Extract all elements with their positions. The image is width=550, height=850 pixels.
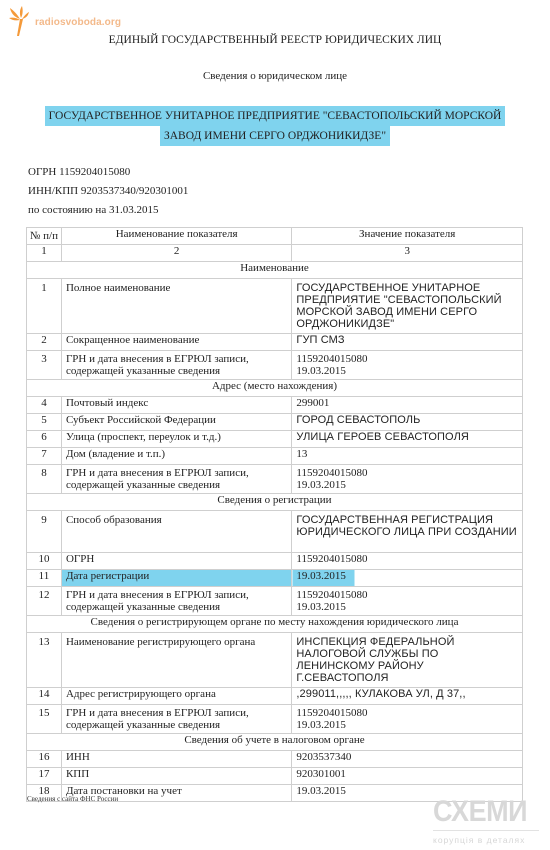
document-subtitle: Сведения о юридическом лице xyxy=(0,70,550,82)
row-value: 115920401508019.03.2015 xyxy=(292,705,523,734)
row-value: 115920401508019.03.2015 xyxy=(292,465,523,494)
row-number: 5 xyxy=(27,414,62,431)
row-value: 299001 xyxy=(292,397,523,414)
row-value: 1159204015080 xyxy=(292,553,523,570)
column-number: 3 xyxy=(292,245,523,262)
row-number: 2 xyxy=(27,334,62,351)
row-label: ГРН и дата внесения в ЕГРЮЛ записи, соде… xyxy=(61,351,291,380)
registry-meta: ОГРН 1159204015080 ИНН/КПП 9203537340/92… xyxy=(28,163,188,220)
table-row: 4 Почтовый индекс 299001 xyxy=(27,397,523,414)
section-heading: Адрес (место нахождения) xyxy=(27,380,523,397)
entity-name-heading: ГОСУДАРСТВЕННОЕ УНИТАРНОЕ ПРЕДПРИЯТИЕ "С… xyxy=(0,106,550,146)
grn-number: 1159204015080 xyxy=(296,589,518,601)
row-number: 4 xyxy=(27,397,62,414)
row-value: 13 xyxy=(292,448,523,465)
brand-title: СХЕМИ xyxy=(433,797,528,827)
skhemy-brand-logo: СХЕМИ корупція в деталях xyxy=(433,797,539,845)
column-number-row: 1 2 3 xyxy=(27,245,523,262)
entity-name-line-2: ЗАВОД ИМЕНИ СЕРГО ОРДЖОНИКИДЗЕ" xyxy=(160,126,390,146)
grn-date: 19.03.2015 xyxy=(296,719,518,731)
row-value: ИНСПЕКЦИЯ ФЕДЕРАЛЬНОЙ НАЛОГОВОЙ СЛУЖБЫ П… xyxy=(292,633,523,688)
inn-kpp-line: ИНН/КПП 9203537340/920301001 xyxy=(28,182,188,201)
logo-text: radiosvoboda.org xyxy=(35,17,121,28)
table-row: 2 Сокращенное наименование ГУП СМЗ xyxy=(27,334,523,351)
grn-date: 19.03.2015 xyxy=(296,601,518,613)
row-label: Наименование регистрирующего органа xyxy=(61,633,291,688)
row-number: 6 xyxy=(27,431,62,448)
grn-number: 1159204015080 xyxy=(296,353,518,365)
row-label: Почтовый индекс xyxy=(61,397,291,414)
brand-divider xyxy=(433,830,539,831)
row-value: ,299011,,,,, КУЛАКОВА УЛ, Д 37,, xyxy=(292,688,523,705)
header-number: № п/п xyxy=(27,228,62,245)
table-row: 3 ГРН и дата внесения в ЕГРЮЛ записи, со… xyxy=(27,351,523,380)
table-row-highlighted: 11 Дата регистрации 19.03.2015 xyxy=(27,570,523,587)
table-header-row: № п/п Наименование показателя Значение п… xyxy=(27,228,523,245)
row-number: 7 xyxy=(27,448,62,465)
header-indicator-value: Значение показателя xyxy=(292,228,523,245)
row-value: 115920401508019.03.2015 xyxy=(292,351,523,380)
row-value: 19.03.2015 xyxy=(292,570,523,587)
grn-number: 1159204015080 xyxy=(296,467,518,479)
row-label: Полное наименование xyxy=(61,279,291,334)
table-row: 13 Наименование регистрирующего органа И… xyxy=(27,633,523,688)
table-row: 16 ИНН 9203537340 xyxy=(27,751,523,768)
row-value: ГОРОД СЕВАСТОПОЛЬ xyxy=(292,414,523,431)
row-number: 12 xyxy=(27,587,62,616)
row-label: Дом (владение и т.п.) xyxy=(61,448,291,465)
grn-date: 19.03.2015 xyxy=(296,365,518,377)
section-row-authority: Сведения о регистрирующем органе по мест… xyxy=(27,616,523,633)
row-label: Сокращенное наименование xyxy=(61,334,291,351)
row-number: 3 xyxy=(27,351,62,380)
grn-number: 1159204015080 xyxy=(296,707,518,719)
row-value: ГОСУДАРСТВЕННАЯ РЕГИСТРАЦИЯ ЮРИДИЧЕСКОГО… xyxy=(292,511,523,553)
row-value: ГУП СМЗ xyxy=(292,334,523,351)
source-note: Сведения с сайта ФНС России xyxy=(27,795,118,803)
row-number: 9 xyxy=(27,511,62,553)
header-indicator-name: Наименование показателя xyxy=(61,228,291,245)
row-label: КПП xyxy=(61,768,291,785)
entity-name-line-1: ГОСУДАРСТВЕННОЕ УНИТАРНОЕ ПРЕДПРИЯТИЕ "С… xyxy=(45,106,506,126)
row-label: Способ образования xyxy=(61,511,291,553)
section-row-tax: Сведения об учете в налоговом органе xyxy=(27,734,523,751)
row-label: Дата регистрации xyxy=(61,570,291,587)
row-number: 11 xyxy=(27,570,62,587)
row-number: 17 xyxy=(27,768,62,785)
row-number: 16 xyxy=(27,751,62,768)
row-label: ГРН и дата внесения в ЕГРЮЛ записи, соде… xyxy=(61,587,291,616)
document-title: ЕДИНЫЙ ГОСУДАРСТВЕННЫЙ РЕЕСТР ЮРИДИЧЕСКИ… xyxy=(0,34,550,46)
table-row: 15 ГРН и дата внесения в ЕГРЮЛ записи, с… xyxy=(27,705,523,734)
row-number: 10 xyxy=(27,553,62,570)
section-row-registration: Сведения о регистрации xyxy=(27,494,523,511)
section-row-naming: Наименование xyxy=(27,262,523,279)
row-value: 920301001 xyxy=(292,768,523,785)
torch-icon xyxy=(8,5,30,37)
row-label: ОГРН xyxy=(61,553,291,570)
row-value: УЛИЦА ГЕРОЕВ СЕВАСТОПОЛЯ xyxy=(292,431,523,448)
row-label: Субъект Российской Федерации xyxy=(61,414,291,431)
registry-table: № п/п Наименование показателя Значение п… xyxy=(26,227,523,802)
table-row: 17 КПП 920301001 xyxy=(27,768,523,785)
row-value: 115920401508019.03.2015 xyxy=(292,587,523,616)
section-heading: Сведения об учете в налоговом органе xyxy=(27,734,523,751)
grn-date: 19.03.2015 xyxy=(296,479,518,491)
as-of-date-line: по состоянию на 31.03.2015 xyxy=(28,201,188,220)
table-row: 8 ГРН и дата внесения в ЕГРЮЛ записи, со… xyxy=(27,465,523,494)
row-number: 15 xyxy=(27,705,62,734)
table-row: 1 Полное наименование ГОСУДАРСТВЕННОЕ УН… xyxy=(27,279,523,334)
row-label: Улица (проспект, переулок и т.д.) xyxy=(61,431,291,448)
table-row: 5 Субъект Российской Федерации ГОРОД СЕВ… xyxy=(27,414,523,431)
row-label: ИНН xyxy=(61,751,291,768)
section-row-address: Адрес (место нахождения) xyxy=(27,380,523,397)
table-row: 6 Улица (проспект, переулок и т.д.) УЛИЦ… xyxy=(27,431,523,448)
column-number: 2 xyxy=(61,245,291,262)
column-number: 1 xyxy=(27,245,62,262)
row-label: ГРН и дата внесения в ЕГРЮЛ записи, соде… xyxy=(61,465,291,494)
row-number: 8 xyxy=(27,465,62,494)
row-number: 14 xyxy=(27,688,62,705)
row-number: 13 xyxy=(27,633,62,688)
row-value: 9203537340 xyxy=(292,751,523,768)
section-heading: Сведения о регистрирующем органе по мест… xyxy=(27,616,523,633)
brand-subtitle: корупція в деталях xyxy=(433,835,539,845)
table-row: 9 Способ образования ГОСУДАРСТВЕННАЯ РЕГ… xyxy=(27,511,523,553)
section-heading: Сведения о регистрации xyxy=(27,494,523,511)
radiosvoboda-logo: radiosvoboda.org xyxy=(8,4,121,38)
row-number: 1 xyxy=(27,279,62,334)
table-row: 12 ГРН и дата внесения в ЕГРЮЛ записи, с… xyxy=(27,587,523,616)
table-row: 7 Дом (владение и т.п.) 13 xyxy=(27,448,523,465)
row-label: ГРН и дата внесения в ЕГРЮЛ записи, соде… xyxy=(61,705,291,734)
row-value: ГОСУДАРСТВЕННОЕ УНИТАРНОЕ ПРЕДПРИЯТИЕ "С… xyxy=(292,279,523,334)
table-row: 14 Адрес регистрирующего органа ,299011,… xyxy=(27,688,523,705)
ogrn-line: ОГРН 1159204015080 xyxy=(28,163,188,182)
row-label: Адрес регистрирующего органа xyxy=(61,688,291,705)
table-row: 10 ОГРН 1159204015080 xyxy=(27,553,523,570)
section-heading: Наименование xyxy=(27,262,523,279)
